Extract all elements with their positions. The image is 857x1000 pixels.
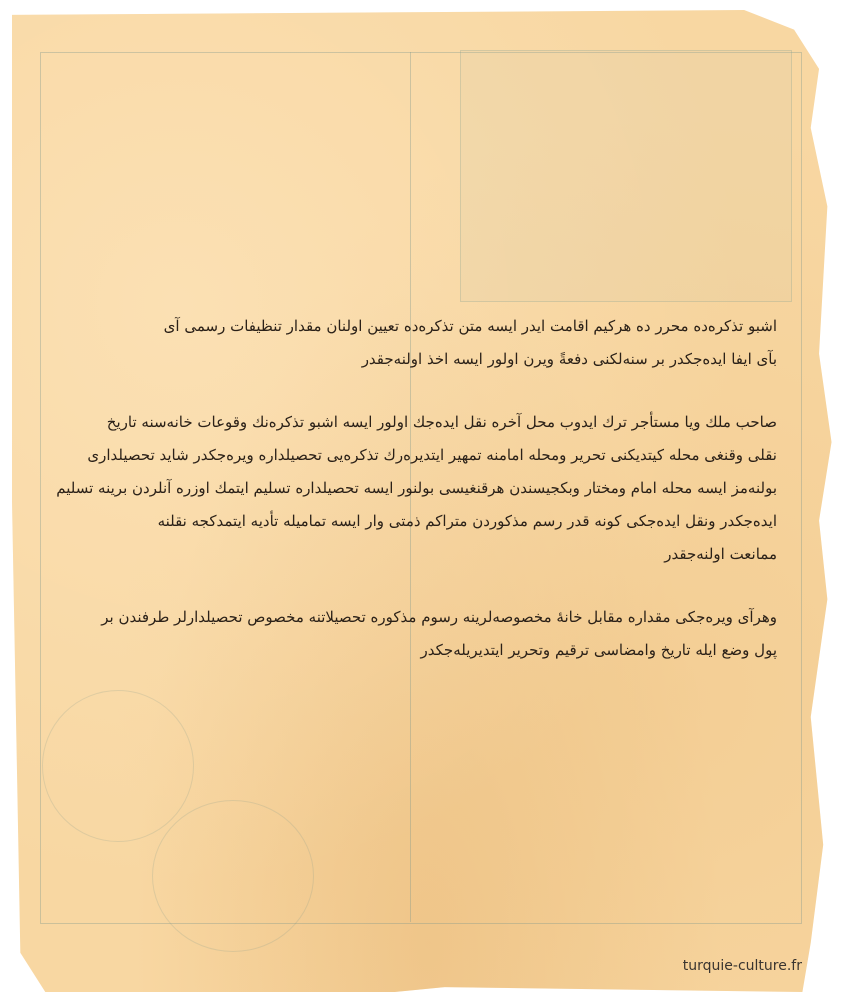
paragraph-2: صاحب ملك ویا مستأجر ترك ایدوب محل آخره ن… bbox=[57, 406, 777, 571]
show-through-seal-right bbox=[152, 800, 314, 952]
text-line: پول وضع ایله تاریخ وامضاسی ترقیم وتحریر … bbox=[57, 634, 777, 667]
paragraph-3: وهرآی ویره‌جکی مقداره مقابل خانهٔ مخصوصه… bbox=[57, 601, 777, 667]
site-watermark-label: turquie-culture.fr bbox=[683, 958, 802, 974]
show-through-seal-left bbox=[42, 690, 194, 842]
text-line: ممانعت اولنه‌جقدر bbox=[57, 538, 777, 571]
paragraph-1: اشبو تذکره‌ده محرر ده هرکیم اقامت ایدر ا… bbox=[57, 310, 777, 376]
text-line: بآی ایفا ایده‌جکدر بر سنه‌لکنی دفعةً ویر… bbox=[57, 343, 777, 376]
text-line: صاحب ملك ویا مستأجر ترك ایدوب محل آخره ن… bbox=[57, 406, 777, 439]
text-line: وهرآی ویره‌جکی مقداره مقابل خانهٔ مخصوصه… bbox=[57, 601, 777, 634]
text-line: بولنه‌مز ایسه محله امام ومختار وبکجیسندن… bbox=[57, 472, 777, 505]
show-through-emblem bbox=[460, 50, 792, 302]
text-line: اشبو تذکره‌ده محرر ده هرکیم اقامت ایدر ا… bbox=[57, 310, 777, 343]
document-body: اشبو تذکره‌ده محرر ده هرکیم اقامت ایدر ا… bbox=[57, 310, 777, 697]
text-line: ایده‌جکدر ونقل ایده‌جکی کونه قدر رسم مذک… bbox=[57, 505, 777, 538]
text-line: نقلی وقنغی محله کیتدیکنی تحریر ومحله اما… bbox=[57, 439, 777, 472]
